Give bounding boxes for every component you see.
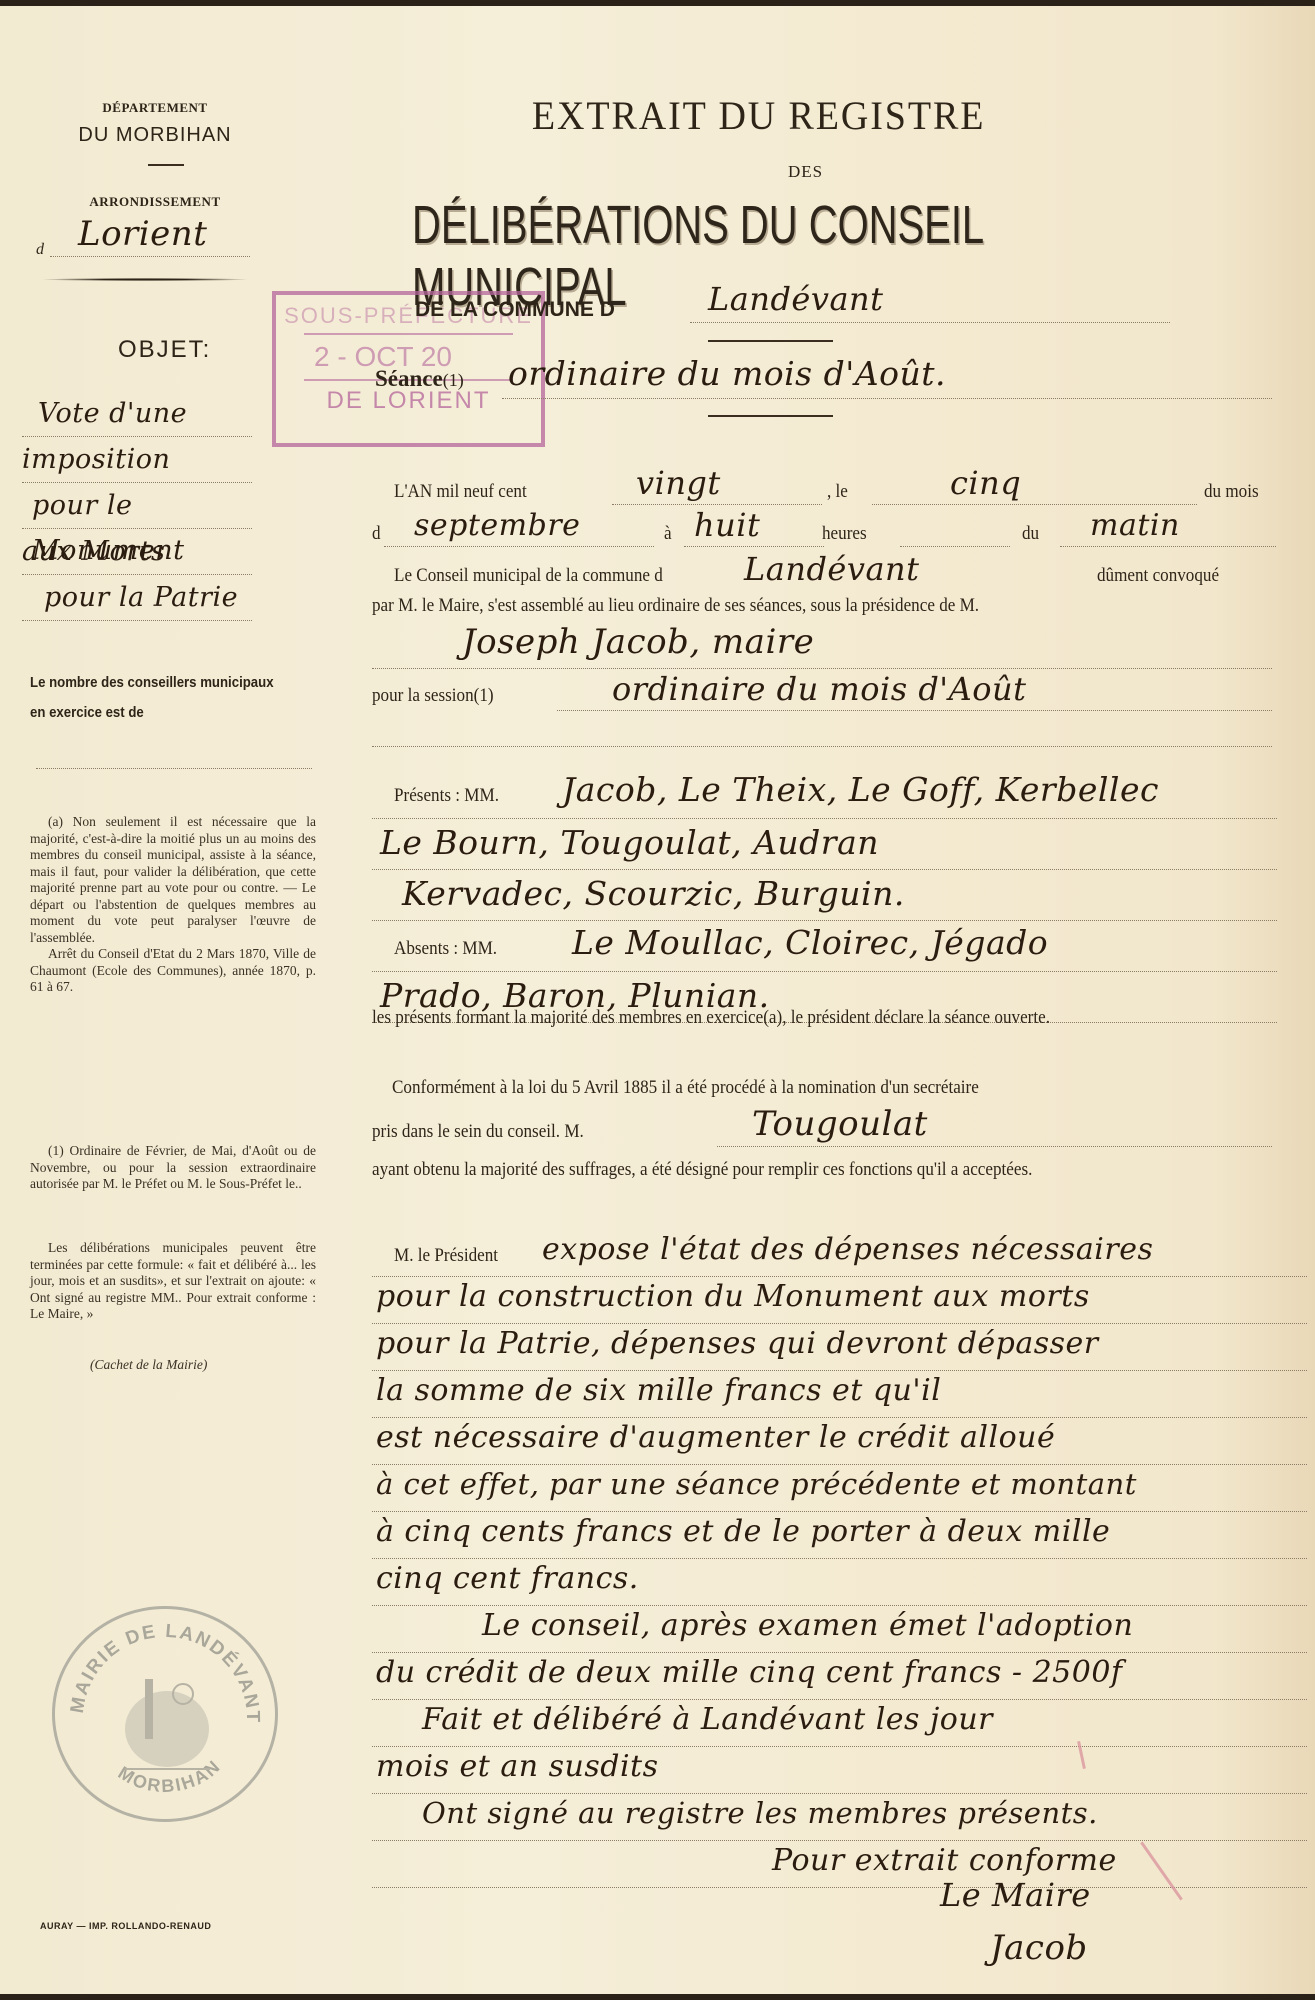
year-label: L'AN mil neuf cent [394,478,527,506]
deliberation-text: est nécessaire d'augmenter le crédit all… [376,1420,1055,1455]
divider [148,164,184,166]
present-names: Kervadec, Scourzic, Burguin. [402,874,905,913]
councillors-count-text: Le nombre des conseillers municipaux en … [30,668,285,728]
closing-formula-note: Les délibérations municipales peuvent êt… [30,1240,316,1323]
convened-text: dûment convoqué [1097,562,1219,590]
arrondissement-prefix: d [36,241,44,259]
deliberation-line: est nécessaire d'augmenter le crédit all… [372,1418,1307,1465]
majority-text: les présents formant la majorité des mem… [372,1004,1272,1032]
objet-line: Vote d'une [22,391,252,437]
deliberation-text: pour la construction du Monument aux mor… [376,1279,1090,1314]
commune-value: Landévant [708,280,883,318]
seance-footnote-ref: (1) [443,370,464,390]
objet-block: Vote d'une imposition pour le Monument a… [22,391,252,621]
deliberation-line: à cinq cents francs et de le porter à de… [372,1512,1307,1559]
deliberation-text: Ont signé au registre les membres présen… [422,1796,1098,1830]
month-prefix: d [372,520,381,548]
printer-credit: AURAY — IMP. ROLLANDO-RENAUD [40,1921,211,1931]
seance-field: ordinaire du mois d'Août. [502,358,1272,399]
title-line-1: EXTRAIT DU REGISTRE [532,92,985,139]
day-label: , le [827,478,848,506]
month-field: septembre [384,516,654,547]
footnote-a-reference: Arrêt du Conseil d'Etat du 2 Mars 1870, … [30,946,316,996]
objet-line: imposition [22,437,252,483]
present-names: Jacob, Le Theix, Le Goff, Kerbellec [562,770,1159,809]
objet-line: pour la Patrie [22,575,252,621]
deliberation-text: expose l'état des dépenses nécessaires [542,1232,1153,1267]
deliberation-line: Fait et délibéré à Landévant les jour [372,1700,1307,1747]
arrondissement-label: ARRONDISSEMENT [30,194,280,210]
commune-field: Landévant [690,286,1170,323]
deliberation-text: Le conseil, après examen émet l'adoption [482,1608,1133,1643]
deliberation-line: la somme de six mille francs et qu'il [372,1371,1307,1418]
year-field: vingt [612,474,822,505]
absent-line: Absents : MM. Le Moullac, Cloirec, Jégad… [372,921,1277,972]
seance-label: Séance(1) [375,366,464,392]
deliberation-line: du crédit de deux mille cinq cent francs… [372,1653,1307,1700]
objet-label: OBJET: [118,336,211,364]
period-value: matin [1090,508,1180,543]
hour-value: huit [694,506,760,544]
present-names: Le Bourn, Tougoulat, Audran [380,823,879,862]
deliberation-body: M. le Président expose l'état des dépens… [372,1230,1307,1888]
suffrages-text: ayant obtenu la majorité des suffrages, … [372,1156,1272,1184]
president-value: Joseph Jacob, maire [462,622,814,662]
session-label-text: pour la session [372,685,474,706]
president-field: Joseph Jacob, maire [372,626,1272,669]
footnote-a: (a) Non seulement il est nécessaire que … [30,814,316,996]
period-label: du [1022,520,1039,548]
arrondissement-value: Lorient [78,214,207,254]
seance-label-text: Séance [375,366,443,391]
day-value: cinq [950,464,1021,502]
ornament-rule [40,278,250,281]
deliberation-line: cinq cent francs. [372,1559,1307,1606]
secretary-line: pris dans le sein du conseil. M. Tougoul… [372,1112,1277,1148]
arrondissement-field: Lorient [50,216,250,257]
seance-value: ordinaire du mois d'Août. [508,354,946,393]
department-label: DÉPARTEMENT [30,100,280,116]
closing-formula-text: Les délibérations municipales peuvent êt… [30,1240,316,1323]
law-text: Conformément à la loi du 5 Avril 1885 il… [392,1074,1292,1102]
hours-field-blank [900,516,1010,547]
mayor-signature: Jacob [990,1928,1088,1968]
secretary-value: Tougoulat [752,1104,928,1144]
present-members: Présents : MM. Jacob, Le Theix, Le Goff,… [372,768,1277,1023]
hour-field: huit [684,516,824,547]
commune-label: DE LA COMMUNE D [415,298,615,322]
objet-line: aux Morts [22,529,252,575]
blank-line [372,744,1272,747]
session-value: ordinaire du mois d'Août [612,670,1026,708]
session-label: pour la session(1) [372,682,494,710]
month-hour-line: d septembre à huit heures du matin [372,516,1272,552]
council-commune-value: Landévant [744,550,919,588]
deliberation-text: cinq cent francs. [376,1561,639,1596]
deliberation-line: pour la construction du Monument aux mor… [372,1277,1307,1324]
deliberation-text: Fait et délibéré à Landévant les jour [422,1702,993,1737]
secretary-label: pris dans le sein du conseil. M. [372,1118,584,1146]
divider [708,340,833,342]
council-text: Le Conseil municipal de la commune d [394,562,663,590]
deliberation-line: pour la Patrie, dépenses qui devront dép… [372,1324,1307,1371]
deliberation-text: pour la Patrie, dépenses qui devront dép… [376,1326,1099,1361]
deliberation-text: à cinq cents francs et de le porter à de… [376,1514,1110,1549]
mayor-title: Le Maire [940,1876,1091,1914]
period-field: matin [1060,516,1276,547]
deliberation-line: Ont signé au registre les membres présen… [372,1794,1307,1841]
commune-line: Le Conseil municipal de la commune d Lan… [372,558,1272,594]
present-line: Kervadec, Scourzic, Burguin. [372,870,1277,921]
footnote-1: (1) Ordinaire de Février, de Mai, d'Août… [30,1143,316,1193]
objet-line: pour le Monument [22,483,252,529]
divider [708,415,833,417]
footnote-1-text: (1) Ordinaire de Février, de Mai, d'Août… [30,1143,316,1193]
councillors-count-field [36,766,312,769]
present-line: Présents : MM. Jacob, Le Theix, Le Goff,… [372,768,1277,819]
president-label: M. le Président [394,1242,498,1270]
present-label: Présents : MM. [394,782,499,810]
mairie-seal: MAIRIE DE LANDÉVANT MORBIHAN [52,1606,278,1822]
at-label: à [664,520,672,548]
absent-label: Absents : MM. [394,935,497,963]
date-line: L'AN mil neuf cent vingt , le cinq du mo… [372,474,1272,510]
deliberation-line: M. le Président expose l'état des dépens… [372,1230,1307,1277]
deliberation-line: Le conseil, après examen émet l'adoption [372,1606,1307,1653]
deliberation-line: mois et an susdits [372,1747,1307,1794]
month-label: du mois [1204,478,1259,506]
title-line-2: DES [788,162,823,182]
assembled-text: par M. le Maire, s'est assemblé au lieu … [372,592,1272,620]
department-value: DU MORBIHAN [30,124,280,147]
session-footnote-ref: (1) [474,685,494,706]
absent-names: Le Moullac, Cloirec, Jégado [572,923,1048,962]
present-line: Le Bourn, Tougoulat, Audran [372,819,1277,870]
deliberation-text: la somme de six mille francs et qu'il [376,1373,941,1408]
deliberation-text: du crédit de deux mille cinq cent francs… [376,1655,1123,1690]
cachet-label: (Cachet de la Mairie) [90,1357,207,1373]
seal-emblem-icon: MAIRIE DE LANDÉVANT MORBIHAN [55,1609,275,1819]
objet-label-text: OBJET: [118,336,211,363]
secretary-field: Tougoulat [717,1112,1272,1147]
deliberation-text: Pour extrait conforme [772,1843,1117,1878]
deliberation-text: à cet effet, par une séance précédente e… [376,1467,1137,1501]
day-field: cinq [872,474,1197,505]
deliberation-text: mois et an susdits [376,1749,659,1784]
deliberation-line: à cet effet, par une séance précédente e… [372,1465,1307,1512]
month-value: septembre [414,508,580,543]
deliberation-document: DÉPARTEMENT DU MORBIHAN ARRONDISSEMENT d… [0,6,1315,1994]
hours-label: heures [822,520,867,548]
year-value: vingt [636,464,721,502]
session-field: ordinaire du mois d'Août [557,674,1272,711]
footnote-a-text: (a) Non seulement il est nécessaire que … [30,814,316,946]
session-line: pour la session(1) ordinaire du mois d'A… [372,674,1272,714]
